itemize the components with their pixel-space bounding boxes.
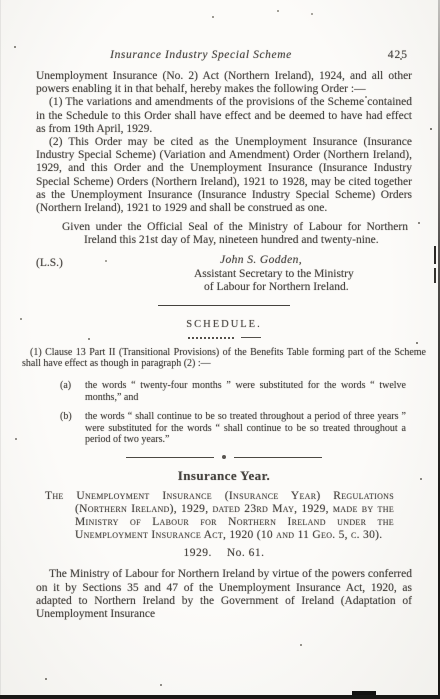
divider-rule-ornament bbox=[222, 455, 226, 459]
schedule-item-a: (a) the words “ twenty-four months ” wer… bbox=[22, 380, 426, 404]
running-header-title: Insurance Industry Special Scheme bbox=[110, 49, 292, 61]
schedule-heading: SCHEDULE. bbox=[36, 319, 412, 330]
insurance-year-heading: Insurance Year. bbox=[36, 468, 412, 484]
dotted-rule-dash bbox=[241, 337, 261, 338]
dotted-rule-dots bbox=[188, 337, 234, 339]
schedule-item-b: (b) the words “ shall continue to be so … bbox=[22, 411, 426, 446]
item-text: the words “ twenty-four months ” were su… bbox=[85, 380, 406, 404]
scan-edge-left bbox=[0, 0, 1, 699]
item-label: (b) bbox=[60, 411, 85, 446]
running-header: Insurance Industry Special Scheme 425 bbox=[36, 49, 412, 61]
divider-rule-left bbox=[126, 457, 214, 458]
signature-title-line-1: Assistant Secretary to the Ministry bbox=[194, 268, 354, 280]
divider-rule bbox=[36, 455, 412, 459]
signature-block: (L.S.) John S. Godden, Assistant Secreta… bbox=[36, 254, 412, 300]
scan-edge-bottom bbox=[0, 695, 440, 699]
signature-title-line-2: of Labour for Northern Ireland. bbox=[204, 281, 349, 293]
schedule-section: (1) Clause 13 Part II (Transitional Prov… bbox=[22, 347, 426, 447]
dotted-rule bbox=[36, 337, 412, 339]
regulation-number: No. 61. bbox=[227, 547, 265, 559]
scanned-page: Insurance Industry Special Scheme 425 Un… bbox=[0, 0, 440, 699]
regulation-body-paragraph: The Ministry of Labour for Northern Irel… bbox=[36, 568, 412, 622]
sealing-clause: Given under the Official Seal of the Min… bbox=[62, 221, 408, 247]
continuation-paragraph: Unemployment Insurance (No. 2) Act (Nort… bbox=[36, 70, 412, 96]
order-clause-1: (1) The variations and amendments of the… bbox=[36, 96, 412, 136]
regulation-number-line: 1929. No. 61. bbox=[36, 547, 412, 559]
order-clause-2: (2) This Order may be cited as the Unemp… bbox=[36, 136, 412, 215]
divider-rule-right bbox=[234, 457, 322, 458]
signature-name: John S. Godden, bbox=[168, 254, 354, 266]
seal-abbreviation: (L.S.) bbox=[36, 257, 63, 269]
scan-tick-mark bbox=[434, 268, 436, 283]
regulation-year: 1929. bbox=[183, 547, 211, 559]
scan-tick-mark bbox=[434, 246, 436, 264]
item-text: the words “ shall continue to be so trea… bbox=[85, 411, 406, 446]
schedule-intro: (1) Clause 13 Part II (Transitional Prov… bbox=[22, 347, 426, 371]
regulation-citation: The Unemployment Insurance (Insurance Ye… bbox=[45, 490, 394, 542]
page-content: Insurance Industry Special Scheme 425 Un… bbox=[36, 0, 412, 633]
section-rule bbox=[158, 305, 290, 306]
page-number: 425 bbox=[388, 49, 408, 61]
item-label: (a) bbox=[60, 380, 85, 404]
